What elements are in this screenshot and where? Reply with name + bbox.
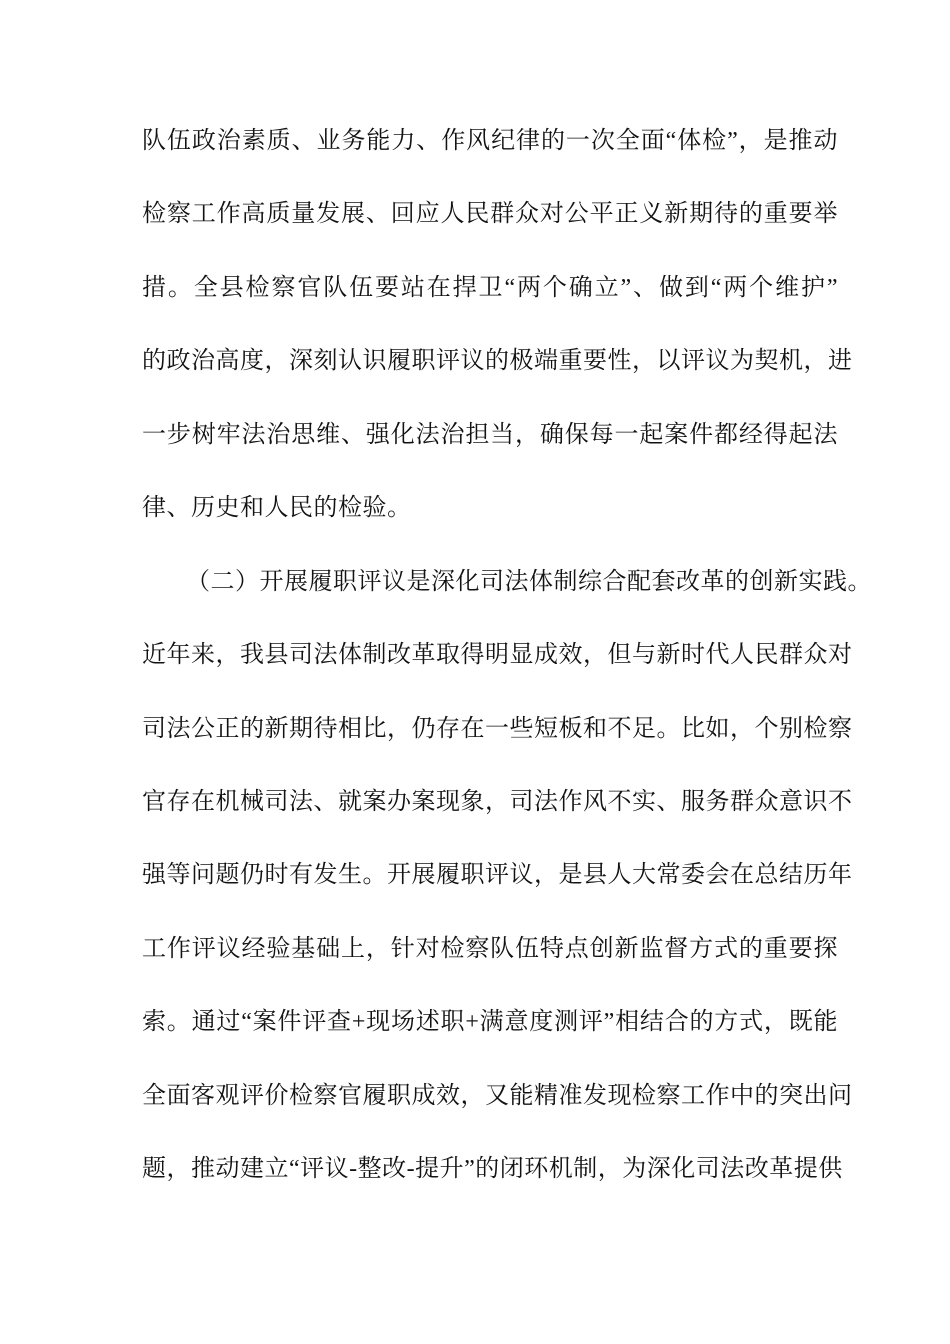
- document-line: 全面客观评价检察官履职成效，又能精准发现检察工作中的突出问: [142, 1060, 838, 1133]
- document-line: 的政治高度，深刻认识履职评议的极端重要性，以评议为契机，进: [142, 325, 838, 398]
- document-line: 一步树牢法治思维、强化法治担当，确保每一起案件都经得起法: [142, 399, 838, 472]
- document-line: 索。通过“案件评查+现场述职+满意度测评”相结合的方式，既能: [142, 986, 838, 1059]
- document-page: 队伍政治素质、业务能力、作风纪律的一次全面“体检”，是推动 检察工作高质量发展、…: [0, 0, 950, 1344]
- document-line: 强等问题仍时有发生。开展履职评议，是县人大常委会在总结历年: [142, 839, 838, 912]
- document-line: 司法公正的新期待相比，仍存在一些短板和不足。比如，个别检察: [142, 693, 838, 766]
- document-line: 官存在机械司法、就案办案现象，司法作风不实、服务群众意识不: [142, 766, 838, 839]
- document-line: 律、历史和人民的检验。: [142, 472, 838, 545]
- document-line: 近年来，我县司法体制改革取得明显成效，但与新时代人民群众对: [142, 619, 838, 692]
- document-line: 队伍政治素质、业务能力、作风纪律的一次全面“体检”，是推动: [142, 105, 838, 178]
- document-line-section-heading: （二）开展履职评议是深化司法体制综合配套改革的创新实践。: [142, 546, 838, 619]
- document-line: 工作评议经验基础上，针对检察队伍特点创新监督方式的重要探: [142, 913, 838, 986]
- document-line: 措。全县检察官队伍要站在捍卫“两个确立”、做到“两个维护”: [142, 252, 838, 325]
- document-text-block: 队伍政治素质、业务能力、作风纪律的一次全面“体检”，是推动 检察工作高质量发展、…: [142, 105, 838, 1207]
- document-line: 题，推动建立“评议-整改-提升”的闭环机制，为深化司法改革提供: [142, 1133, 838, 1206]
- document-line: 检察工作高质量发展、回应人民群众对公平正义新期待的重要举: [142, 178, 838, 251]
